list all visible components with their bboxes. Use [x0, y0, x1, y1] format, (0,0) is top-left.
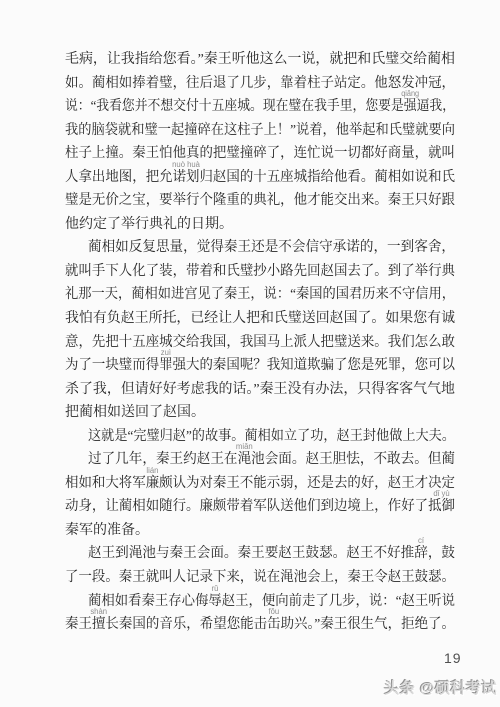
text-line: 赵王到渑池与秦王会面。秦王要赵王鼓瑟。赵王不好推cí辞，鼓	[65, 542, 455, 566]
text-line: 为了一块璧而得zuì罪强大的秦国呢？我知道欺骗了您是死罪，您可以	[65, 354, 455, 378]
pinyin-annotated-text: nuò huà诺划	[173, 166, 200, 190]
watermark: 头条 @硕科考试	[384, 677, 497, 698]
text-line: 蔺相如看秦王存心侮rǔ辱赵王，便向前走了几步，说：“赵王听说	[65, 590, 455, 614]
pinyin-label: shàn	[90, 608, 107, 616]
pinyin-label: fǒu	[268, 608, 279, 616]
text-line: 秦军的准备。	[65, 519, 455, 543]
pinyin-annotated-text: dǐ yù抵御	[428, 495, 455, 519]
pinyin-annotated-text: rǔ辱	[208, 590, 221, 614]
text-line: 动身，让蔺相如随行。廉颇带着军队送他们到边境上，作好了dǐ yù抵御	[65, 495, 455, 519]
text-line: 他约定了举行典礼的日期。	[65, 213, 455, 237]
pinyin-annotated-text: miǎn渑	[238, 448, 252, 472]
pinyin-annotated-text: zuì罪	[159, 354, 172, 378]
pinyin-annotated-text: shàn擅	[92, 613, 105, 637]
text-line: 璧是无价之宝，要举行个隆重的典礼，他才能交出来。秦王只好跟	[65, 189, 455, 213]
text-line: 蔺相如反复思量，觉得秦王还是不会信守承诺的，一到客舍，	[65, 236, 455, 260]
text-line: 礼那一天，蔺相如进宫见了秦王，说：“秦国的国君历来不守信用，	[65, 283, 455, 307]
pinyin-label: nuò huà	[172, 161, 200, 169]
pinyin-label: dǐ yù	[433, 490, 449, 498]
textbook-page: 毛病，让我指给您看。”秦王听他这么一说，就把和氏璧交给蔺相如。蔺相如捧着璧，往后…	[0, 0, 500, 707]
text-line: 如。蔺相如捧着璧，往后退了几步，靠着柱子站定。他怒发冲冠，	[65, 72, 455, 96]
text-line: 秦王shàn擅长秦国的音乐，希望您能击fǒu缶助兴。”秦王很生气，拒绝了。	[65, 613, 455, 637]
pinyin-label: lián	[146, 467, 158, 475]
page-number: 19	[444, 650, 462, 666]
text-line: 杀了我，但请好好考虑我的话。”秦王没有办法，只得客客气气地	[65, 378, 455, 402]
pinyin-annotated-text: qiǎng强	[404, 95, 417, 119]
text-line: 我怕有负赵王所托，已经让人把和氏璧送回赵国了。如果您有诚	[65, 307, 455, 331]
pinyin-label: qiǎng	[401, 90, 419, 98]
text-line: 人拿出地图，把允nuò huà诺划归赵国的十五座城指给他看。蔺相如说和氏	[65, 166, 455, 190]
text-line: 就叫手下人化了装，带着和氏璧抄小路先回赵国去了。到了举行典	[65, 260, 455, 284]
text-line: 意，先把十五座城交给我国，我国马上派人把璧送来。我们怎么敢	[65, 331, 455, 355]
text-line: 把蔺相如送回了赵国。	[65, 401, 455, 425]
pinyin-annotated-text: lián廉	[146, 472, 159, 496]
body-text: 毛病，让我指给您看。”秦王听他这么一说，就把和氏璧交给蔺相如。蔺相如捧着璧，往后…	[65, 48, 455, 637]
pinyin-label: rǔ	[212, 585, 219, 593]
text-line: 柱子上撞。秦王怕他真的把璧撞碎了，连忙说一切都好商量，就叫	[65, 142, 455, 166]
text-line: 这就是“完璧归赵”的故事。蔺相如立了功，赵王封他做上大夫。	[65, 425, 455, 449]
pinyin-label: cí	[418, 537, 424, 545]
text-line: 毛病，让我指给您看。”秦王听他这么一说，就把和氏璧交给蔺相	[65, 48, 455, 72]
pinyin-label: miǎn	[236, 443, 253, 451]
pinyin-label: zuì	[161, 349, 171, 357]
text-line: 说：“我看您并不想交付十五座城。现在璧在我手里，您要是qiǎng强逼我，	[65, 95, 455, 119]
text-line: 我的脑袋就和璧一起撞碎在这柱子上！”说着，他举起和氏璧就要向	[65, 119, 455, 143]
pinyin-annotated-text: cí辞	[414, 542, 428, 566]
text-line: 相如和大将军lián廉颇认为对秦王不能示弱，还是去的好，赵王才决定	[65, 472, 455, 496]
text-line: 过了几年，秦王约赵王在miǎn渑池会面。赵王胆怯，不敢去。但蔺	[65, 448, 455, 472]
text-line: 了一段。秦王就叫人记录下来，说在渑池会上，秦王令赵王鼓瑟。	[65, 566, 455, 590]
pinyin-annotated-text: fǒu缶	[267, 613, 280, 637]
